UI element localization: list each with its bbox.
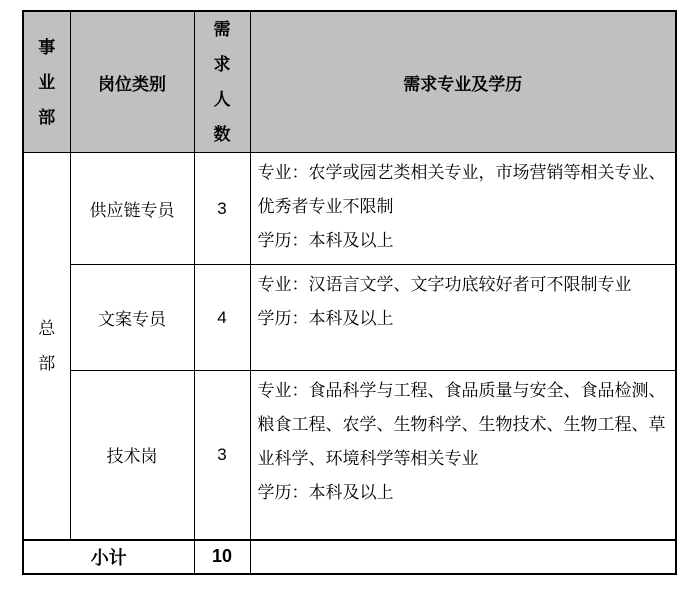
headcount-cell: 3 bbox=[194, 371, 250, 540]
requirements-cell: 专业：食品科学与工程、食品质量与安全、食品检测、粮食工程、农学、生物科学、生物技… bbox=[250, 371, 676, 540]
division-cell: 总 部 bbox=[23, 153, 70, 540]
major-line: 专业：食品科学与工程、食品质量与安全、食品检测、粮食工程、农学、生物科学、生物技… bbox=[258, 374, 670, 476]
header-requirements: 需求专业及学历 bbox=[250, 11, 676, 153]
category-cell: 文案专员 bbox=[70, 265, 194, 371]
major-line: 专业：农学或园艺类相关专业，市场营销等相关专业、优秀者专业不限制 bbox=[258, 156, 670, 224]
category-cell: 技术岗 bbox=[70, 371, 194, 540]
subtotal-row: 小计 10 bbox=[23, 540, 676, 574]
table-row-technical: 技术岗 3 专业：食品科学与工程、食品质量与安全、食品检测、粮食工程、农学、生物… bbox=[23, 371, 676, 540]
major-line: 专业：汉语言文学、文字功底较好者可不限制专业 bbox=[258, 268, 670, 302]
header-headcount: 需 求 人 数 bbox=[194, 11, 250, 153]
header-division: 事 业 部 bbox=[23, 11, 70, 153]
degree-line: 学历：本科及以上 bbox=[258, 476, 670, 510]
requirements-cell: 专业：汉语言文学、文字功底较好者可不限制专业 学历：本科及以上 bbox=[250, 265, 676, 371]
degree-line: 学历：本科及以上 bbox=[258, 224, 670, 258]
subtotal-label: 小计 bbox=[23, 540, 194, 574]
requirements-cell: 专业：农学或园艺类相关专业，市场营销等相关专业、优秀者专业不限制 学历：本科及以… bbox=[250, 153, 676, 265]
category-cell: 供应链专员 bbox=[70, 153, 194, 265]
subtotal-empty-cell bbox=[250, 540, 676, 574]
table-row-supply-chain: 总 部 供应链专员 3 专业：农学或园艺类相关专业，市场营销等相关专业、优秀者专… bbox=[23, 153, 676, 265]
subtotal-value: 10 bbox=[194, 540, 250, 574]
headcount-cell: 4 bbox=[194, 265, 250, 371]
header-row: 事 业 部 岗位类别 需 求 人 数 需求专业及学历 bbox=[23, 11, 676, 153]
table-row-copywriter: 文案专员 4 专业：汉语言文学、文字功底较好者可不限制专业 学历：本科及以上 bbox=[23, 265, 676, 371]
recruitment-table: 事 业 部 岗位类别 需 求 人 数 需求专业及学历 总 部 供应链专员 3 专… bbox=[22, 10, 677, 575]
document-page: 事 业 部 岗位类别 需 求 人 数 需求专业及学历 总 部 供应链专员 3 专… bbox=[0, 0, 696, 589]
header-category: 岗位类别 bbox=[70, 11, 194, 153]
headcount-cell: 3 bbox=[194, 153, 250, 265]
degree-line: 学历：本科及以上 bbox=[258, 302, 670, 336]
